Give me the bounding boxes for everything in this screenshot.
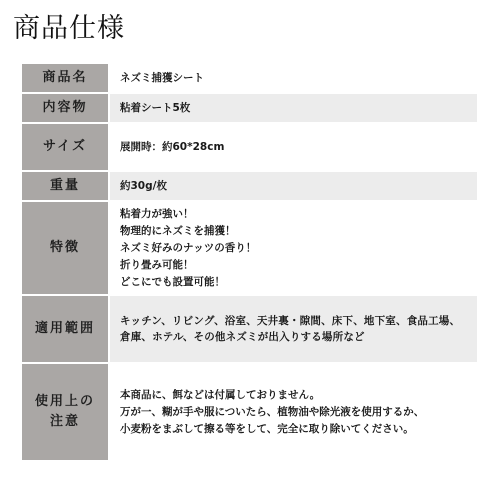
caution-line: 万が一、糊が手や服についたら、植物油や除光液を使用するか、	[120, 404, 477, 421]
spec-row-scope: 適用範囲 キッチン、リビング、浴室、天井裏・隙間、床下、地下室、食品工場、倉庫、…	[22, 296, 477, 362]
spec-label-line: 注意	[50, 412, 80, 432]
spec-row-contents: 内容物 粘着シート5枚	[22, 94, 477, 122]
spec-table: 商品名 ネズミ捕獲シート 内容物 粘着シート5枚 サイズ 展開時：約60*28c…	[22, 64, 477, 462]
spec-label: 特徴	[22, 202, 108, 294]
spec-value: 粘着シート5枚	[110, 94, 477, 122]
feature-item: 物理的にネズミを捕獲！	[120, 223, 477, 240]
spec-value: 展開時：約60*28cm	[110, 124, 477, 170]
spec-value-text: 展開時：約60*28cm	[120, 139, 477, 156]
spec-label: 内容物	[22, 94, 108, 122]
spec-row-weight: 重量 約30g/枚	[22, 172, 477, 200]
spec-row-caution: 使用上の 注意 本商品に、餌などは付属しておりません。 万が一、糊が手や服につい…	[22, 364, 477, 460]
caution-line: 小麦粉をまぶして擦る等をして、完全に取り除いてください。	[120, 421, 477, 438]
spec-value-text: 約30g/枚	[120, 178, 477, 195]
spec-label: 適用範囲	[22, 296, 108, 362]
feature-item: 粘着力が強い！	[120, 206, 477, 223]
spec-label-line: 使用上の	[35, 392, 95, 412]
spec-value: ネズミ捕獲シート	[110, 64, 477, 92]
spec-value-text: キッチン、リビング、浴室、天井裏・隙間、床下、地下室、食品工場、倉庫、ホテル、そ…	[120, 313, 477, 345]
caution-line: 本商品に、餌などは付属しておりません。	[120, 387, 477, 404]
spec-value: 粘着力が強い！ 物理的にネズミを捕獲！ ネズミ好みのナッツの香り！ 折り畳み可能…	[110, 202, 477, 294]
spec-label: 重量	[22, 172, 108, 200]
spec-value: 約30g/枚	[110, 172, 477, 200]
spec-row-size: サイズ 展開時：約60*28cm	[22, 124, 477, 170]
spec-value: キッチン、リビング、浴室、天井裏・隙間、床下、地下室、食品工場、倉庫、ホテル、そ…	[110, 296, 477, 362]
spec-label: サイズ	[22, 124, 108, 170]
spec-value-text: 粘着シート5枚	[120, 100, 477, 117]
spec-value-text: ネズミ捕獲シート	[120, 70, 477, 87]
feature-item: 折り畳み可能！	[120, 257, 477, 274]
spec-label: 使用上の 注意	[22, 364, 108, 460]
spec-row-features: 特徴 粘着力が強い！ 物理的にネズミを捕獲！ ネズミ好みのナッツの香り！ 折り畳…	[22, 202, 477, 294]
feature-item: どこにでも設置可能！	[120, 274, 477, 291]
spec-label: 商品名	[22, 64, 108, 92]
spec-row-product-name: 商品名 ネズミ捕獲シート	[22, 64, 477, 92]
feature-item: ネズミ好みのナッツの香り！	[120, 240, 477, 257]
spec-value: 本商品に、餌などは付属しておりません。 万が一、糊が手や服についたら、植物油や除…	[110, 364, 477, 460]
page-title: 商品仕様	[13, 6, 125, 45]
